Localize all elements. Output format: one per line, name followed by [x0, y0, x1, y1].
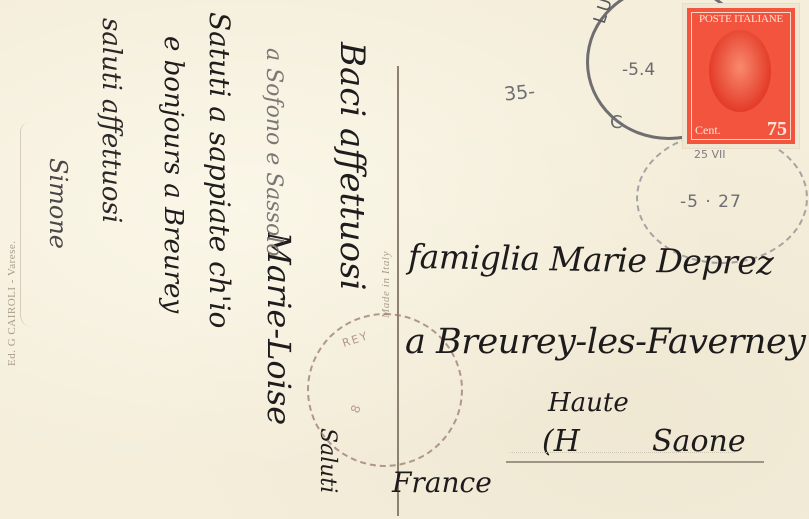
pencil-bracket-mark: [20, 122, 43, 327]
address-region-prefix: (H: [542, 424, 580, 459]
message-line: Marie-Loise: [260, 232, 298, 425]
postage-stamp: POSTE ITALIANE Cent. 75: [683, 4, 799, 148]
address-region-1: Haute: [548, 388, 629, 418]
postmark-date: -5.4: [622, 60, 655, 80]
publisher-imprint: Ed. G CAIROLI - Varese.: [6, 240, 18, 366]
address-dotted-rule: [510, 452, 735, 453]
message-line: Baci affettuosi: [332, 42, 372, 290]
address-recipient: famiglia Marie Deprez: [408, 237, 774, 282]
postmark-code: 25 VII: [694, 148, 726, 161]
message-line: Simone: [44, 158, 72, 249]
message-line: Satuti a sappiate ch'io: [203, 12, 236, 328]
message-line: saluti affettuosi: [96, 18, 126, 223]
postmark-suffix: C: [610, 112, 623, 133]
address-town: a Breurey-les-Faverney: [405, 322, 805, 362]
stamp-denomination-label: Cent.: [695, 123, 721, 138]
king-portrait-icon: [709, 30, 771, 112]
postcard-back: Ed. G CAIROLI - Varese. Baci affettuosi …: [0, 0, 809, 519]
price-note: 35-: [503, 80, 536, 105]
message-line: e bonjours a Breurey: [158, 36, 188, 313]
address-country: France: [392, 466, 492, 499]
message-line: a Sofono e Sassolo: [261, 48, 286, 257]
address-underline: [506, 461, 764, 463]
stamp-value: 75: [767, 118, 787, 141]
address-region-2: Saone: [652, 424, 746, 459]
made-in-italy-text: Made in Italy: [380, 251, 392, 318]
postmark-date: -5 · 27: [680, 192, 742, 212]
stamp-issuer: POSTE ITALIANE: [693, 13, 789, 25]
